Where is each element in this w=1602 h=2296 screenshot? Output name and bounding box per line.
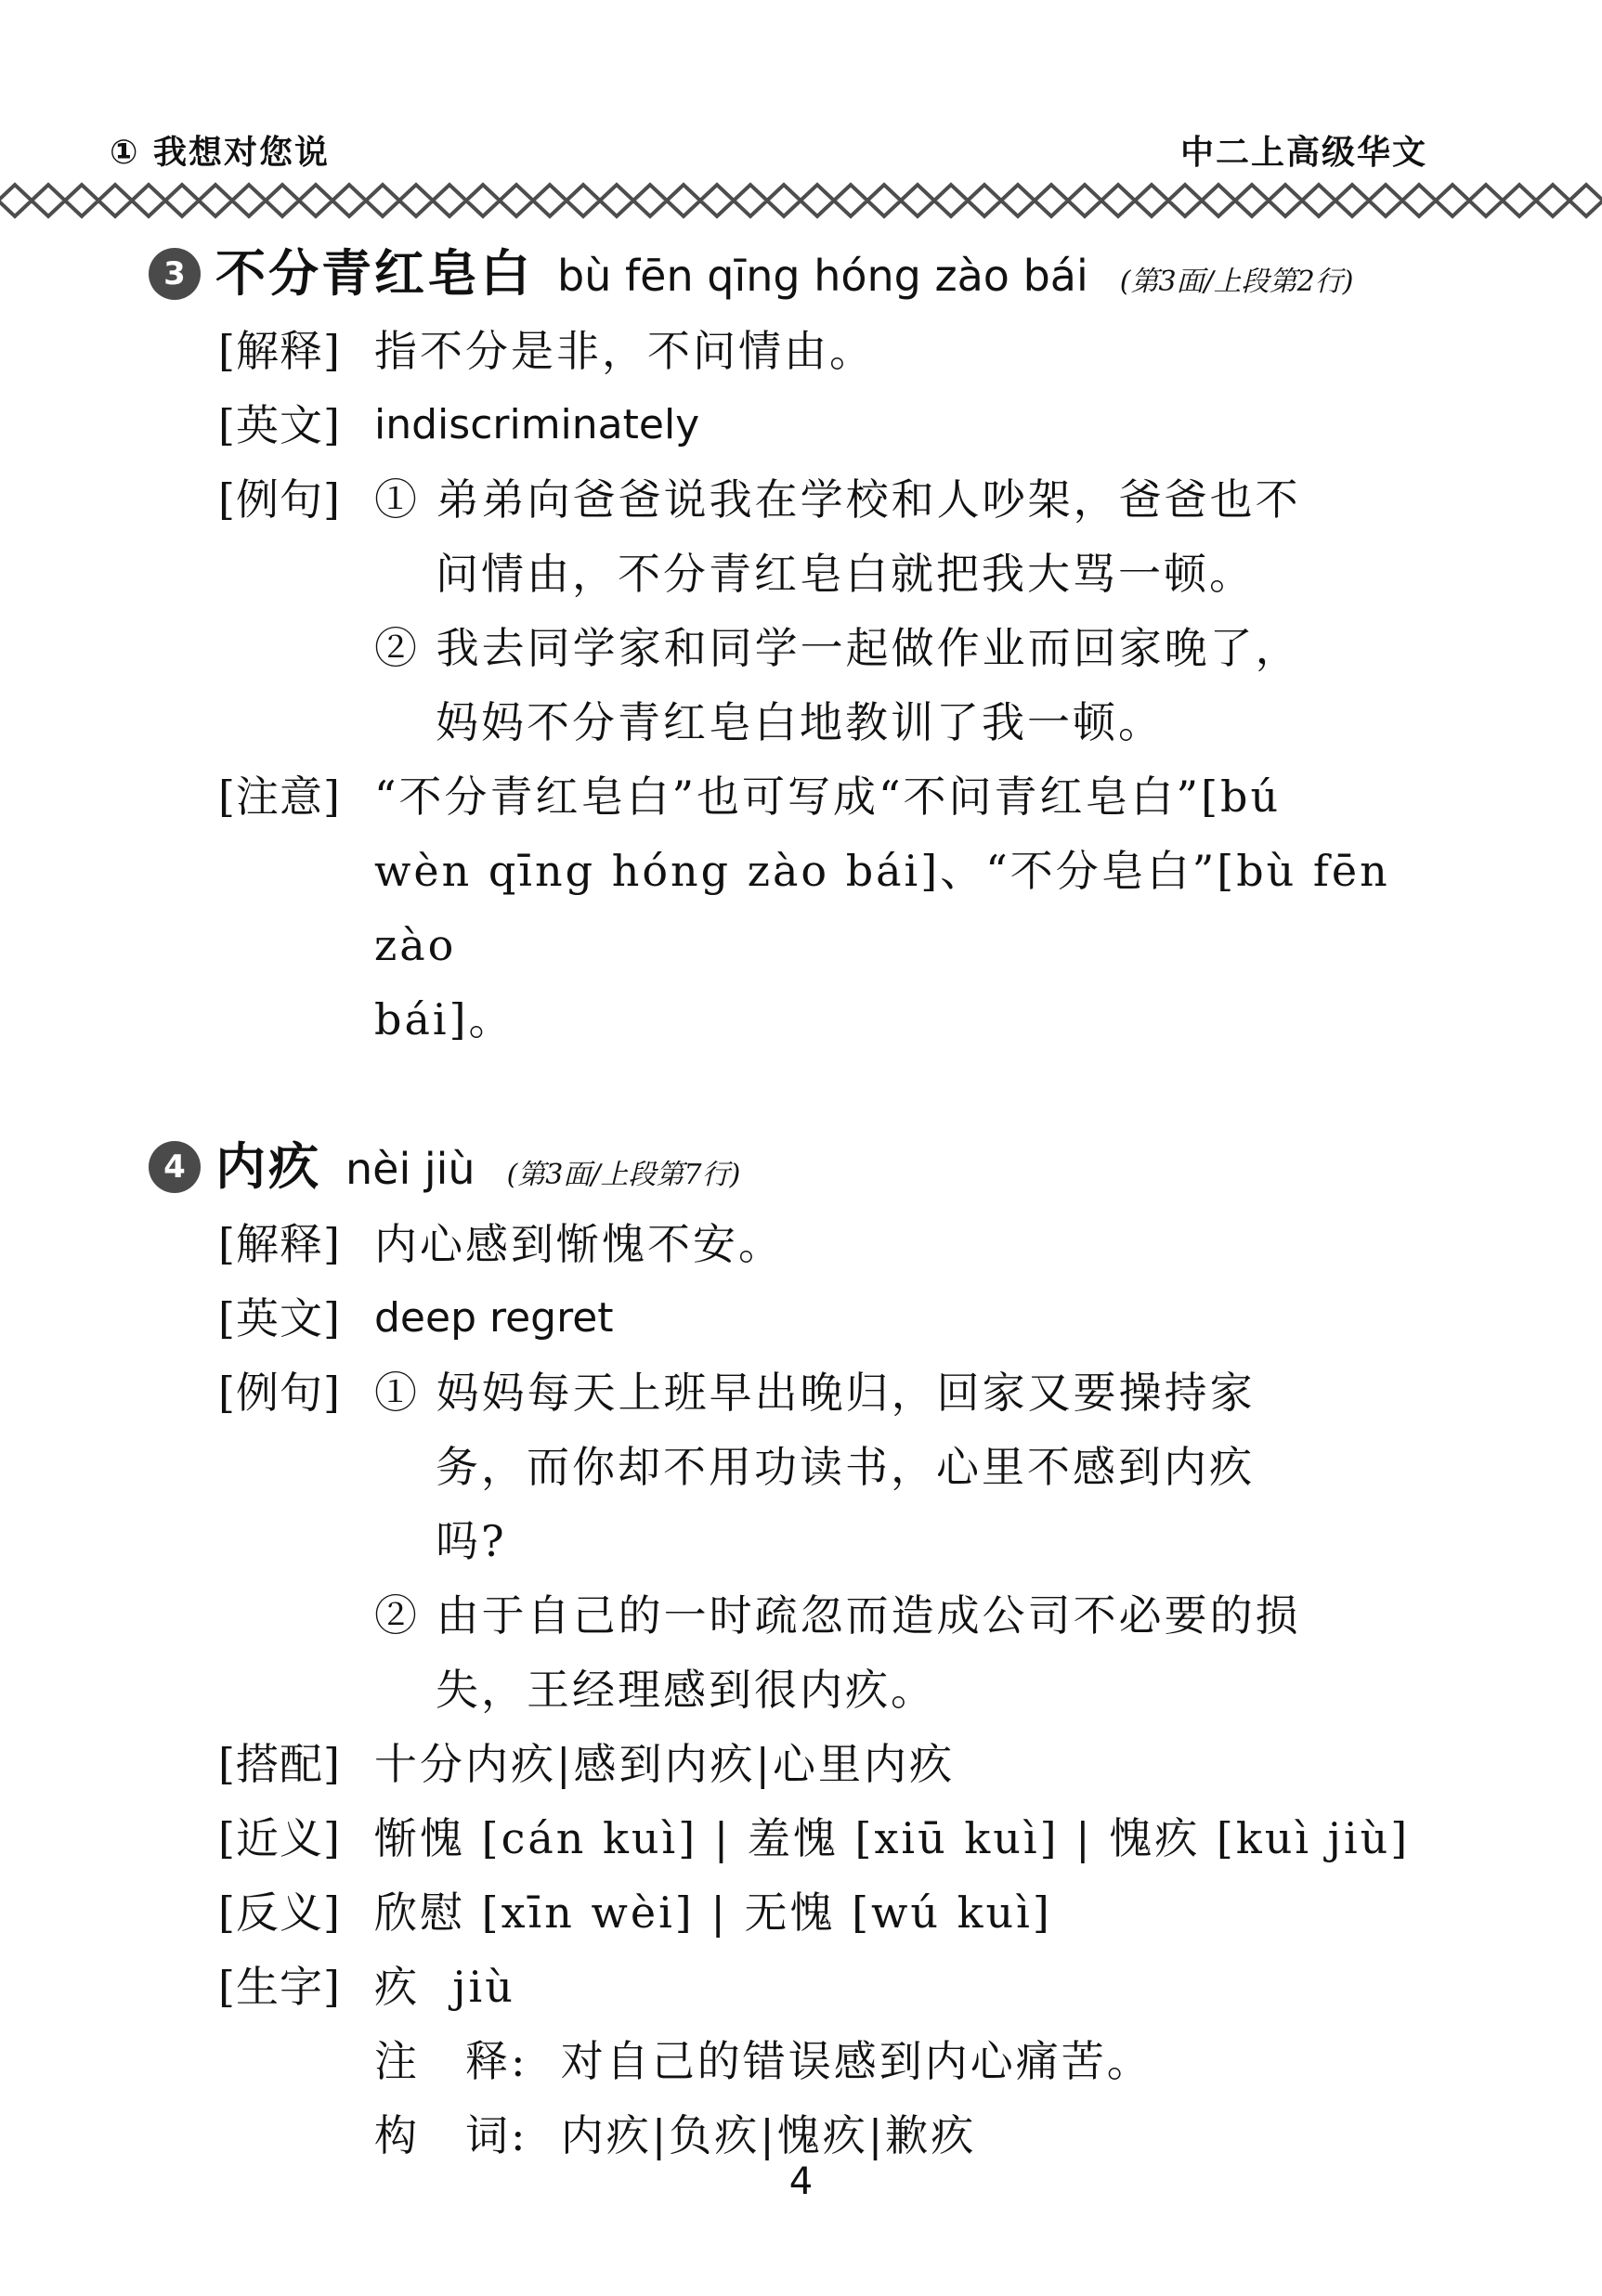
example-label: [例句] bbox=[218, 462, 374, 759]
entry-headword: 内疚 bbox=[215, 1127, 321, 1207]
page-header: ① 我想对您说 中二上高级华文 bbox=[110, 126, 1427, 174]
new-character-row: [生字] 疚 jiù 注 释: 对自己的错误感到内心痛苦。 构 词: 内疚|负疚… bbox=[218, 1950, 1437, 2173]
page-number: 4 bbox=[0, 2159, 1602, 2205]
definition-row: [解释] 指不分是非，不问情由。 bbox=[218, 314, 1437, 388]
diamond-chain-divider bbox=[0, 182, 1602, 219]
english-label: [英文] bbox=[218, 388, 374, 462]
entry-pinyin: bù fēn qīng hóng zào bái bbox=[557, 236, 1088, 316]
entry-pinyin: nèi jiù bbox=[345, 1129, 475, 1209]
textbook-page: ① 我想对您说 中二上高级华文 3 不分青红皂白 bù fēn qīng hón… bbox=[0, 0, 1602, 2296]
antonym-text: 欣慰 [xīn wèi] | 无愧 [wú kuì] bbox=[374, 1875, 1437, 1950]
book-title: 中二上高级华文 bbox=[1180, 126, 1427, 174]
entry-4: 4 内疚 nèi jiù (第3面/上段第7行) [解释] 内心感到惭愧不安。 … bbox=[218, 1127, 1437, 2173]
example-row: [例句] ① 弟弟向爸爸说我在学校和人吵架，爸爸也不 问情由，不分青红皂白就把我… bbox=[218, 462, 1437, 759]
synonym-row: [近义] 惭愧 [cán kuì] | 羞愧 [xiū kuì] | 愧疚 [k… bbox=[218, 1801, 1437, 1875]
diamond-chain-path bbox=[0, 185, 1602, 216]
page-content: 3 不分青红皂白 bù fēn qīng hóng zào bái (第3面/上… bbox=[218, 234, 1437, 2173]
definition-label: [解释] bbox=[218, 314, 374, 388]
example-list: ① 妈妈每天上班早出晚归，回家又要操持家 务，而你却不用功读书，心里不感到内疚 … bbox=[374, 1356, 1437, 1727]
collocation-label: [搭配] bbox=[218, 1727, 374, 1801]
entry-3: 3 不分青红皂白 bù fēn qīng hóng zào bái (第3面/上… bbox=[218, 234, 1437, 1057]
example-item-1: ① 弟弟向爸爸说我在学校和人吵架，爸爸也不 问情由，不分青红皂白就把我大骂一顿。 bbox=[374, 462, 1437, 611]
english-text: indiscriminately bbox=[374, 388, 1437, 462]
note-row: [注意] “不分青红皂白”也可写成“不问青红皂白”[bú wèn qīng hó… bbox=[218, 759, 1437, 1057]
entry-headword: 不分青红皂白 bbox=[215, 234, 533, 314]
synonym-text: 惭愧 [cán kuì] | 羞愧 [xiū kuì] | 愧疚 [kuì ji… bbox=[374, 1801, 1437, 1875]
synonym-label: [近义] bbox=[218, 1801, 374, 1875]
antonym-row: [反义] 欣慰 [xīn wèi] | 无愧 [wú kuì] bbox=[218, 1875, 1437, 1950]
antonym-label: [反义] bbox=[218, 1875, 374, 1950]
definition-text: 内心感到惭愧不安。 bbox=[374, 1207, 1437, 1281]
example-list: ① 弟弟向爸爸说我在学校和人吵架，爸爸也不 问情由，不分青红皂白就把我大骂一顿。… bbox=[374, 462, 1437, 759]
english-row: [英文] deep regret bbox=[218, 1281, 1437, 1356]
note-text: “不分青红皂白”也可写成“不问青红皂白”[bú wèn qīng hóng zà… bbox=[374, 759, 1437, 1057]
example-row: [例句] ① 妈妈每天上班早出晚归，回家又要操持家 务，而你却不用功读书，心里不… bbox=[218, 1356, 1437, 1727]
example-item-2: ② 由于自己的一时疏忽而造成公司不必要的损 失，王经理感到很内疚。 bbox=[374, 1578, 1437, 1727]
english-row: [英文] indiscriminately bbox=[218, 388, 1437, 462]
collocation-row: [搭配] 十分内疚|感到内疚|心里内疚 bbox=[218, 1727, 1437, 1801]
chapter-title: ① 我想对您说 bbox=[110, 126, 330, 174]
note-label: [注意] bbox=[218, 759, 374, 1057]
entry-heading: 3 不分青红皂白 bù fēn qīng hóng zào bái (第3面/上… bbox=[149, 234, 1437, 314]
new-character-label: [生字] bbox=[218, 1950, 374, 2173]
collocation-text: 十分内疚|感到内疚|心里内疚 bbox=[374, 1727, 1437, 1801]
entry-number-badge: 3 bbox=[149, 248, 201, 300]
entry-heading: 4 内疚 nèi jiù (第3面/上段第7行) bbox=[149, 1127, 1437, 1207]
entry-number-badge: 4 bbox=[149, 1141, 201, 1193]
example-item-1: ① 妈妈每天上班早出晚归，回家又要操持家 务，而你却不用功读书，心里不感到内疚 … bbox=[374, 1356, 1437, 1578]
entry-source-reference: (第3面/上段第2行) bbox=[1120, 242, 1354, 322]
definition-text: 指不分是非，不问情由。 bbox=[374, 314, 1437, 388]
entry-source-reference: (第3面/上段第7行) bbox=[507, 1135, 741, 1215]
definition-label: [解释] bbox=[218, 1207, 374, 1281]
english-label: [英文] bbox=[218, 1281, 374, 1356]
example-label: [例句] bbox=[218, 1356, 374, 1727]
definition-row: [解释] 内心感到惭愧不安。 bbox=[218, 1207, 1437, 1281]
example-item-2: ② 我去同学家和同学一起做作业而回家晚了， 妈妈不分青红皂白地教训了我一顿。 bbox=[374, 611, 1437, 759]
english-text: deep regret bbox=[374, 1281, 1437, 1356]
new-character-text: 疚 jiù 注 释: 对自己的错误感到内心痛苦。 构 词: 内疚|负疚|愧疚|歉… bbox=[374, 1950, 1437, 2173]
